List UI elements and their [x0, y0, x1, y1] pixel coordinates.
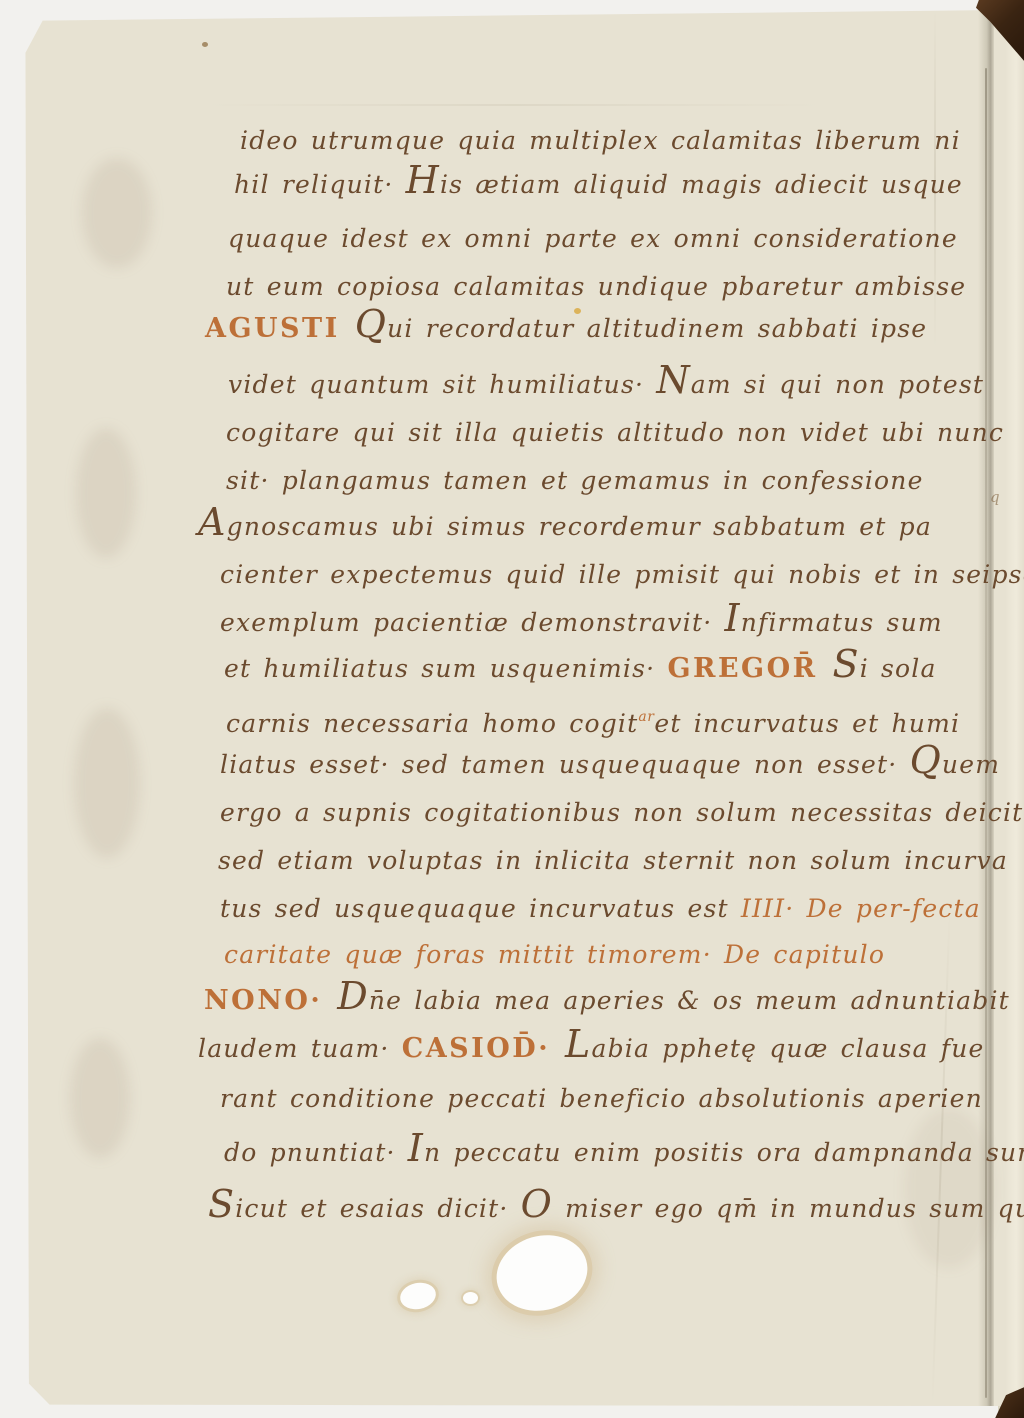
manuscript-line: hil reliquit· His ætiam aliquid magis ad…: [234, 170, 963, 200]
manuscript-line: ergo a supnis cogitationibus non solum n…: [220, 798, 1023, 828]
ink-text: abia pphetę quæ clausa fue: [591, 1034, 984, 1063]
quire-mark: q: [990, 488, 1000, 506]
ink-text: ergo a supnis cogitationibus non solum n…: [220, 798, 1023, 827]
manuscript-line: cienter expectemus quid ille pmisit qui …: [220, 560, 1024, 590]
manuscript-line: ut eum copiosa calamitas undique pbaretu…: [226, 272, 966, 302]
manuscript-line: sit· plangamus tamen et gemamus in confe…: [226, 466, 924, 496]
ink-text: is ætiam aliquid magis adiecit usque: [440, 170, 963, 199]
manuscript-line: Sicut et esaias dicit· O miser ego qm̄ i…: [208, 1194, 1024, 1224]
text-block: ideo utrumque quia multiplex calamitas l…: [0, 0, 1024, 1418]
parchment-hole-small: [463, 1292, 478, 1304]
ink-text: ut eum copiosa calamitas undique pbaretu…: [226, 272, 966, 301]
ink-text: ideo utrumque quia multiplex calamitas l…: [240, 126, 961, 155]
ink-text: carnis necessaria homo cogit: [226, 709, 638, 738]
ink-text: laudem tuam·: [198, 1034, 402, 1063]
ink-text: I: [724, 596, 740, 640]
ink-text: N: [656, 358, 690, 402]
ink-text: D: [337, 974, 369, 1018]
manuscript-line: sed etiam voluptas in inlicita sternit n…: [218, 846, 1008, 876]
ink-text: gnoscamus ubi simus recordemur sabbatum …: [227, 512, 932, 541]
manuscript-line: quaque idest ex omni parte ex omni consi…: [228, 224, 958, 254]
manuscript-line: do pnuntiat· In peccatu enim positis ora…: [224, 1138, 1024, 1168]
ink-text: miser ego qm̄ in mundus sum qui: [553, 1194, 1024, 1223]
ink-text: et incurvatus et humi: [654, 709, 960, 738]
ink-text: cogitare qui sit illa quietis altitudo n…: [226, 418, 1004, 447]
ink-text: ui recordatur altitudinem sabbati ipse: [387, 314, 927, 343]
ink-text: S: [832, 642, 859, 686]
ink-text: videt quantum sit humiliatus·: [228, 370, 656, 399]
ink-text: liatus esset· sed tamen usquequaque non …: [220, 750, 910, 779]
rubric-text: ar: [638, 709, 654, 725]
ink-text: cienter expectemus quid ille pmisit qui …: [220, 560, 1024, 589]
ink-text: quaque idest ex omni parte ex omni consi…: [228, 224, 958, 253]
ink-text: nfirmatus sum: [741, 608, 943, 637]
ink-text: rant conditione peccati beneficio absolu…: [220, 1084, 983, 1113]
rubric-text: NONO·: [204, 985, 337, 1016]
ink-text: et humiliatus sum usquenimis·: [224, 654, 667, 683]
manuscript-line: et humiliatus sum usquenimis· GREGOR̄ Si…: [224, 654, 937, 684]
rubric-text: GREGOR̄: [667, 653, 832, 684]
ink-text: icut et esaias dicit·: [235, 1194, 520, 1223]
manuscript-line: ideo utrumque quia multiplex calamitas l…: [240, 126, 961, 156]
rubric-text: AGUSTI: [205, 313, 355, 344]
manuscript-line: laudem tuam· CASIOD̄· Labia pphetę quæ c…: [198, 1034, 985, 1064]
ink-text: do pnuntiat·: [224, 1138, 408, 1167]
photo-backdrop: ideo utrumque quia multiplex calamitas l…: [0, 0, 1024, 1418]
ink-text: tus sed usquequaque incurvatus est: [220, 894, 741, 923]
ink-text: hil reliquit·: [234, 170, 406, 199]
ink-text: n̄e labia mea aperies & os meum adnuntia…: [369, 986, 1010, 1015]
ink-text: sit· plangamus tamen et gemamus in confe…: [226, 466, 924, 495]
manuscript-line: Agnoscamus ubi simus recordemur sabbatum…: [198, 512, 932, 542]
ink-text: S: [208, 1182, 235, 1226]
ink-text: A: [198, 500, 227, 544]
ink-text: uem: [942, 750, 1000, 779]
manuscript-line: exemplum pacientiæ demonstravit· Infirma…: [220, 608, 943, 638]
manuscript-line: tus sed usquequaque incurvatus est IIII·…: [220, 894, 981, 924]
ink-text: I: [408, 1126, 424, 1170]
rubric-text: IIII· De per-fecta: [741, 894, 981, 923]
manuscript-line: NONO· Dn̄e labia mea aperies & os meum a…: [204, 986, 1010, 1016]
ink-text: n peccatu enim positis ora dampnanda sun…: [424, 1138, 1024, 1167]
manuscript-line: cogitare qui sit illa quietis altitudo n…: [226, 418, 1004, 448]
manuscript-line: videt quantum sit humiliatus· Nam si qui…: [228, 370, 984, 400]
ink-text: H: [406, 158, 440, 202]
ink-text: O: [521, 1182, 553, 1226]
ink-text: i sola: [860, 654, 937, 683]
manuscript-line: liatus esset· sed tamen usquequaque non …: [220, 750, 1000, 780]
manuscript-line: AGUSTI Qui recordatur altitudinem sabbat…: [205, 314, 927, 344]
ink-text: sed etiam voluptas in inlicita sternit n…: [218, 846, 1008, 875]
ink-text: L: [565, 1022, 591, 1066]
ink-text: Q: [355, 302, 387, 346]
rubric-text: caritate quæ foras mittit timorem· De ca…: [224, 940, 885, 969]
ink-text: am si qui non potest: [691, 370, 984, 399]
ink-text: Q: [910, 738, 942, 782]
manuscript-line: carnis necessaria homo cogitaret incurva…: [226, 702, 960, 739]
manuscript-line: rant conditione peccati beneficio absolu…: [220, 1084, 983, 1114]
ink-text: exemplum pacientiæ demonstravit·: [220, 608, 724, 637]
manuscript-line: caritate quæ foras mittit timorem· De ca…: [224, 940, 885, 970]
rubric-text: CASIOD̄·: [402, 1033, 565, 1064]
